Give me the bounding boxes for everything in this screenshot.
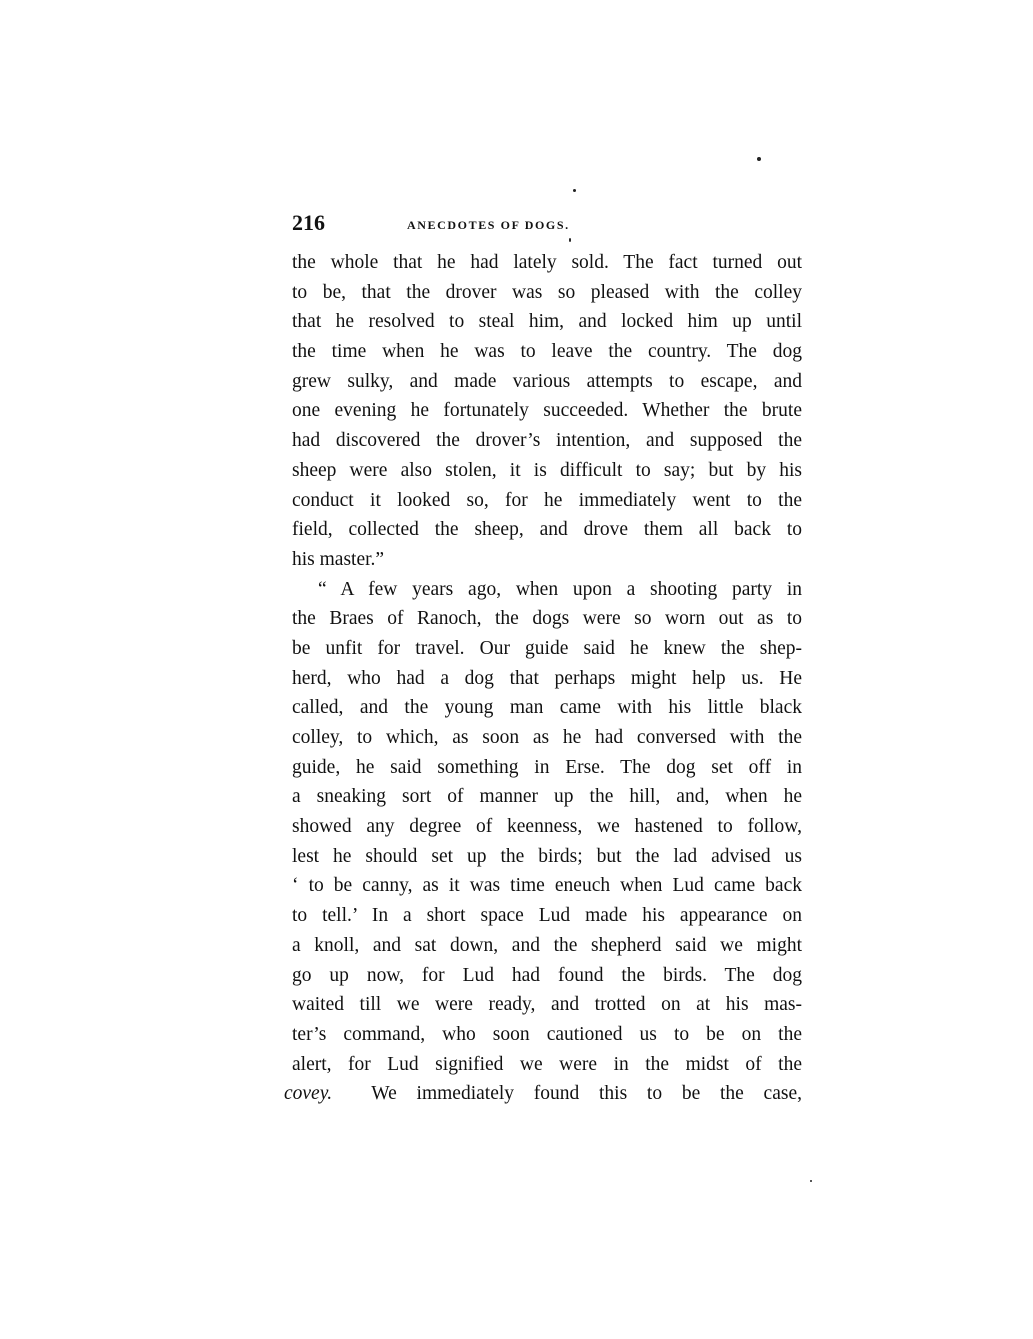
running-head: ANECDOTES OF DOGS. <box>407 218 570 233</box>
text-line: ter’s command, who soon cautioned us to … <box>292 1020 802 1050</box>
text-line: that he resolved to steal him, and locke… <box>292 307 802 337</box>
text-line: had discovered the drover’s intention, a… <box>292 426 802 456</box>
text-line: the whole that he had lately sold. The f… <box>292 248 802 278</box>
book-page: 216 ANECDOTES OF DOGS. the whole that he… <box>0 0 1033 1339</box>
text-line: conduct it looked so, for he immediately… <box>292 486 802 516</box>
text-line: a knoll, and sat down, and the shepherd … <box>292 931 802 961</box>
text-line: herd, who had a dog that perhaps might h… <box>292 664 802 694</box>
text-line: ‘ to be canny, as it was time eneuch whe… <box>292 871 802 901</box>
text-line: alert, for Lud signified we were in the … <box>292 1050 802 1080</box>
text-line: sheep were also stolen, it is difficult … <box>292 456 802 486</box>
text-line: grew sulky, and made various attempts to… <box>292 367 802 397</box>
text-line: waited till we were ready, and trotted o… <box>292 990 802 1020</box>
text-line: called, and the young man came with his … <box>292 693 802 723</box>
text-line: to tell.’ In a short space Lud made his … <box>292 901 802 931</box>
paragraph-end-line: his master.” <box>292 545 802 575</box>
text-line: showed any degree of keenness, we hasten… <box>292 812 802 842</box>
text-line: the time when he was to leave the countr… <box>292 337 802 367</box>
page-header: 216 ANECDOTES OF DOGS. <box>292 210 802 240</box>
text-line: colley, to which, as soon as he had conv… <box>292 723 802 753</box>
paragraph-start-line: “ A few years ago, when upon a shooting … <box>292 575 802 605</box>
body-text: the whole that he had lately sold. The f… <box>292 248 802 1109</box>
page-number: 216 <box>292 210 325 236</box>
text-line: go up now, for Lud had found the birds. … <box>292 961 802 991</box>
text-line: be unfit for travel. Our guide said he k… <box>292 634 802 664</box>
scan-speck <box>757 157 761 161</box>
text-line: one evening he fortunately succeeded. Wh… <box>292 396 802 426</box>
text-fragment: We immediately found this to be the case… <box>332 1083 802 1104</box>
text-line-final: covey. We immediately found this to be t… <box>284 1079 802 1109</box>
text-line: a sneaking sort of manner up the hill, a… <box>292 782 802 812</box>
text-line: field, collected the sheep, and drove th… <box>292 515 802 545</box>
scan-speck <box>573 189 576 192</box>
scan-speck <box>810 1180 812 1182</box>
italic-word: covey. <box>284 1083 332 1104</box>
text-line: the Braes of Ranoch, the dogs were so wo… <box>292 604 802 634</box>
text-line: lest he should set up the birds; but the… <box>292 842 802 872</box>
text-line: guide, he said something in Erse. The do… <box>292 753 802 783</box>
text-line: to be, that the drover was so pleased wi… <box>292 278 802 308</box>
